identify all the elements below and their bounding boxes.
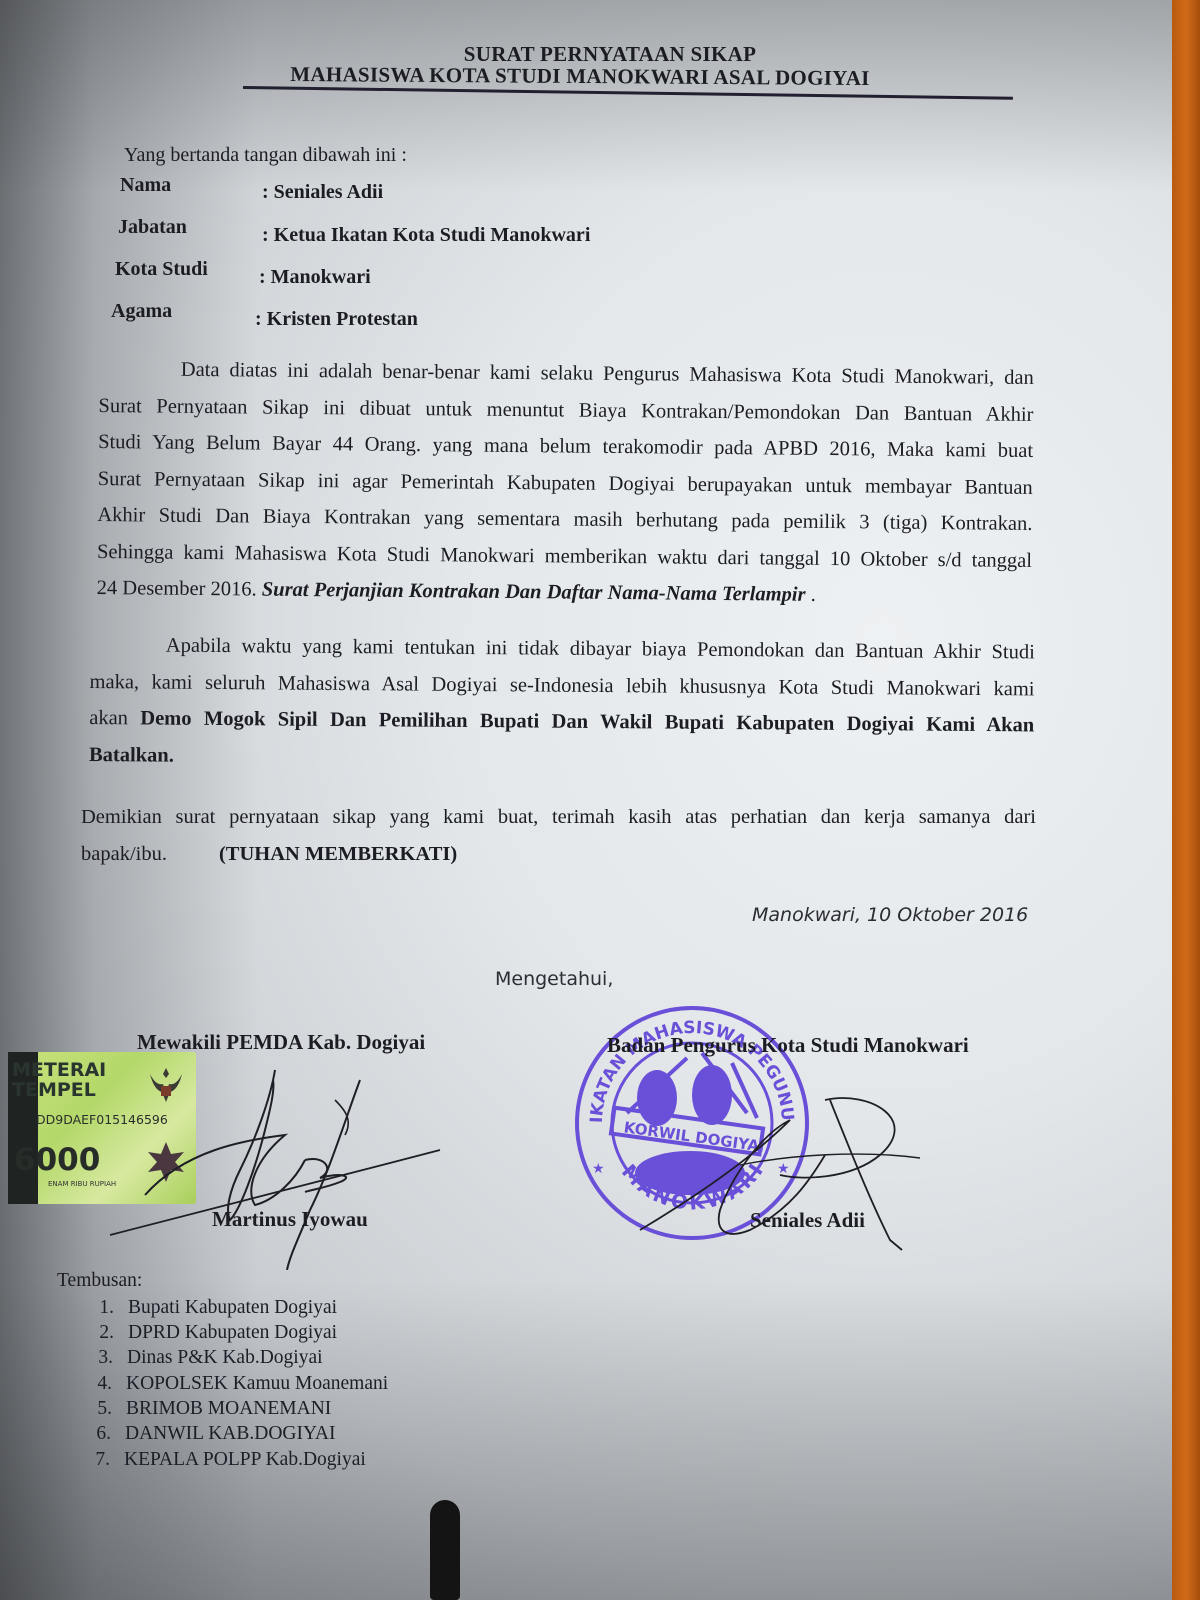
tembusan-item: 1.Bupati Kabupaten Dogiyai: [70, 1297, 337, 1319]
tembusan-heading: Tembusan:: [57, 1270, 142, 1292]
paragraph-consequence: Apabila waktu yang kami tentukan ini tid…: [89, 627, 1035, 780]
background-folder-edge: [1172, 0, 1200, 1600]
field-label-kota-studi: Kota Studi: [115, 258, 208, 281]
paragraph-demand: Data diatas ini adalah benar-benar kami …: [97, 351, 1034, 615]
meterai-value: 6000: [14, 1142, 100, 1178]
dates-text: 24 Desember 2016.: [97, 577, 262, 601]
svg-text:★: ★: [777, 1162, 790, 1177]
intro-text: Yang bertanda tangan dibawah ini :: [124, 137, 407, 173]
left-signatory-role: Mewakili PEMDA Kab. Dogiyai: [137, 1030, 425, 1055]
attachment-note: Surat Perjanjian Kontrakan Dan Daftar Na…: [262, 579, 806, 606]
paragraph-2-line: akan Demo Mogok Sipil Dan Pemilihan Bupa…: [89, 700, 1034, 744]
tembusan-item: 3.Dinas P&K Kab.Dogiyai: [69, 1347, 323, 1369]
garuda-emblem-icon: [146, 1064, 186, 1106]
tembusan-item: 7.KEPALA POLPP Kab.Dogiyai: [66, 1449, 366, 1471]
tembusan-item: 6.DANWIL KAB.DOGIYAI: [67, 1423, 336, 1445]
svg-text:IKATAN MAHASISWA PEGUNUNGAN TE: IKATAN MAHASISWA PEGUNUNGAN TENGAH: [572, 1003, 797, 1123]
finger-shadow: [430, 1500, 460, 1600]
meterai-subtext: ENAM RIBU RUPIAH: [48, 1180, 116, 1188]
field-value-nama: : Seniales Adii: [262, 181, 383, 204]
stamp-outer-text: IKATAN MAHASISWA PEGUNUNGAN TENGAH: [572, 1003, 797, 1123]
closing-line: Demikian surat pernyataan sikap yang kam…: [81, 799, 1036, 836]
rosette-icon: [144, 1140, 188, 1184]
blessing-text: (TUHAN MEMBERKATI): [219, 843, 457, 865]
closing-line: bapak/ibu.(TUHAN MEMBERKATI): [81, 836, 1036, 873]
field-value-agama: : Kristen Protestan: [255, 308, 418, 331]
meterai-stamp: METERAI TEMPEL DD9DAEF015146596 6000 ENA…: [8, 1052, 196, 1204]
field-value-kota-studi: : Manokwari: [259, 266, 371, 289]
place-date: Manokwari, 10 Oktober 2016: [752, 904, 1028, 926]
demand-bold-text: Demo Mogok Sipil Dan Pemilihan Bupati Da…: [140, 707, 1034, 736]
right-signatory-name: Seniales Adii: [750, 1208, 865, 1233]
field-value-jabatan: : Ketua Ikatan Kota Studi Manokwari: [262, 224, 590, 247]
paragraph-2-line: Batalkan.: [89, 736, 1034, 780]
meterai-serial: DD9DAEF015146596: [36, 1112, 168, 1127]
svg-text:★: ★: [592, 1162, 605, 1177]
plain-text: akan: [89, 707, 140, 729]
field-label-nama: Nama: [120, 174, 171, 197]
right-signatory-role: Badan Pengurus Kota Studi Manokwari: [607, 1033, 969, 1058]
tembusan-item: 2.DPRD Kabupaten Dogiyai: [70, 1322, 337, 1344]
acknowledged-label: Mengetahui,: [495, 968, 613, 990]
tembusan-item: 4.KOPOLSEK Kamuu Moanemani: [68, 1373, 388, 1395]
field-label-jabatan: Jabatan: [118, 216, 187, 239]
left-signatory-name: Martinus Iyowau: [212, 1207, 368, 1232]
closing-paragraph: Demikian surat pernyataan sikap yang kam…: [81, 799, 1036, 872]
field-label-agama: Agama: [111, 300, 172, 323]
tembusan-item: 5.BRIMOB MOANEMANI: [68, 1398, 331, 1420]
period: .: [805, 584, 815, 606]
meterai-title: METERAI TEMPEL: [12, 1060, 106, 1100]
closing-plain: bapak/ibu.: [81, 843, 167, 865]
